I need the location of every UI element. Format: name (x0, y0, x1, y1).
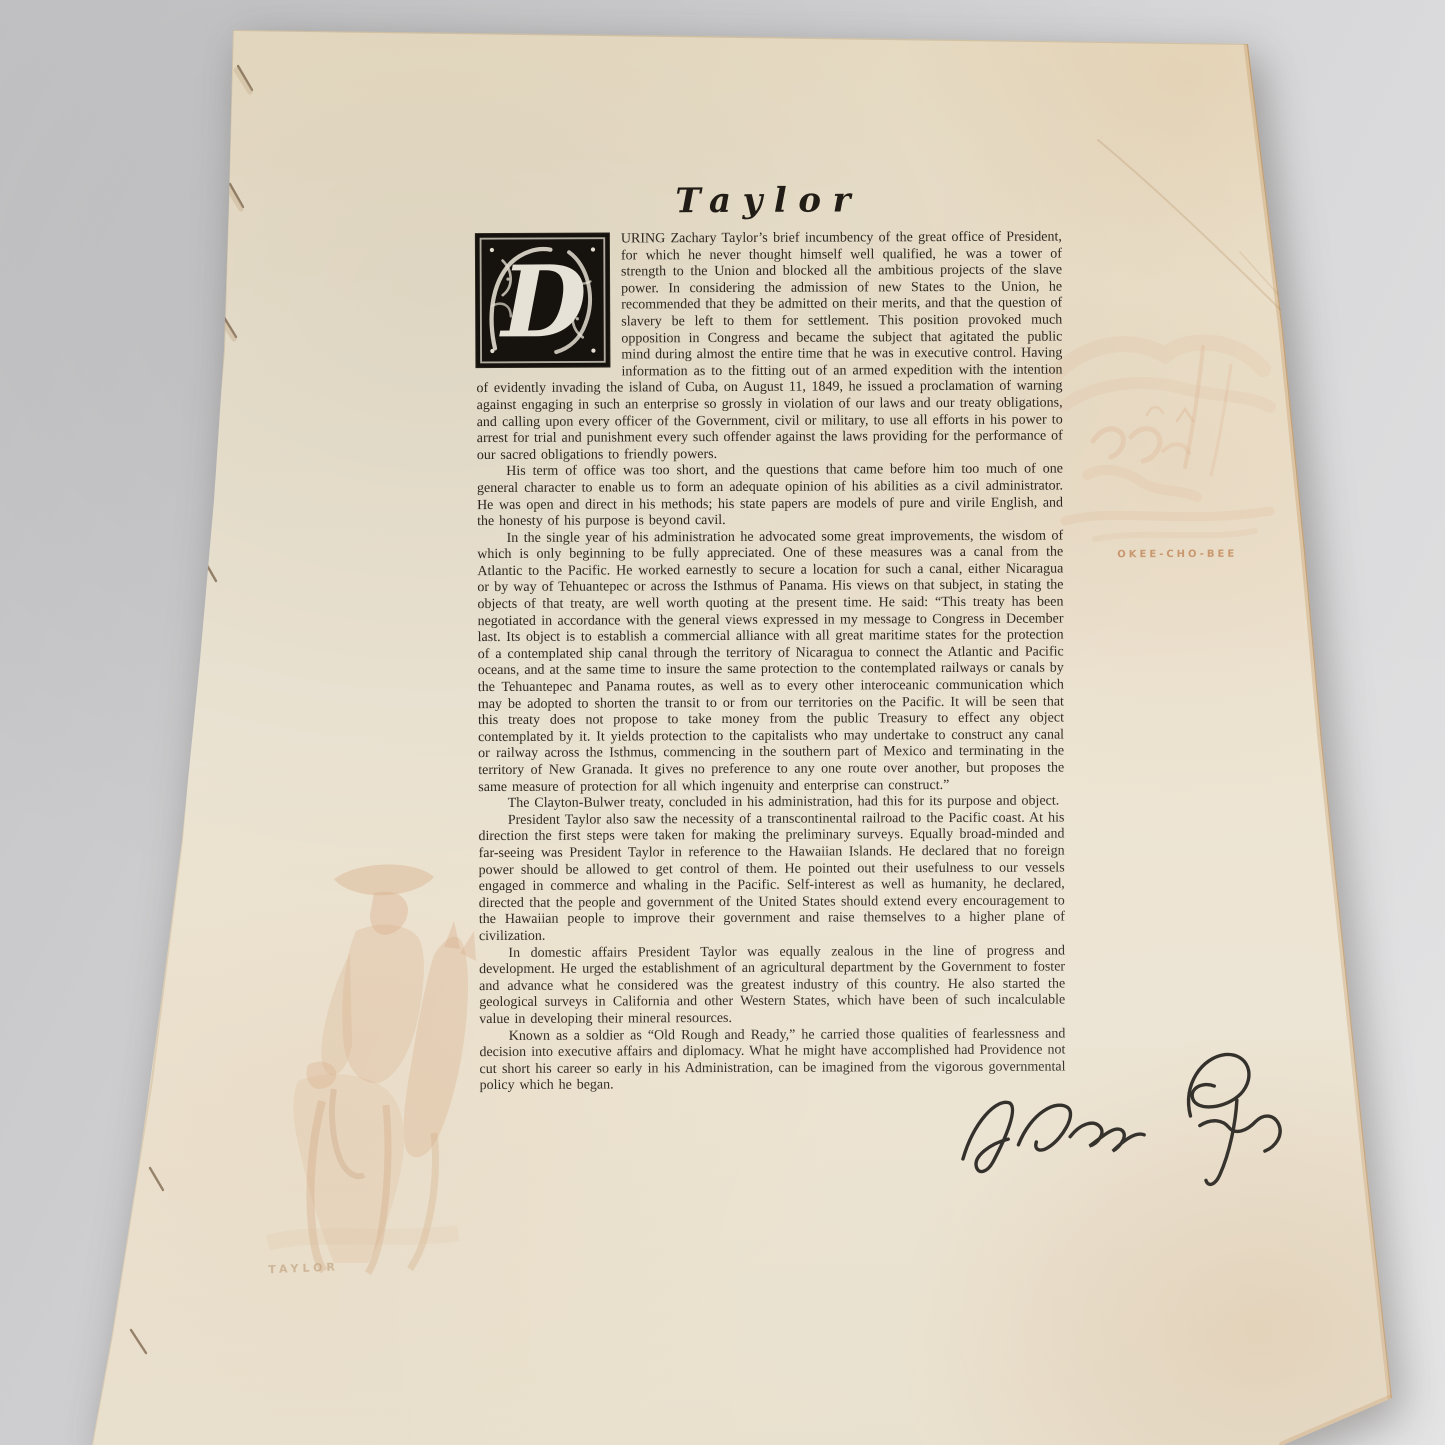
article-body: D URING Zachary Taylor’s brief incumbenc… (476, 230, 1066, 1095)
paragraph: President Taylor also saw the necessity … (478, 810, 1065, 945)
book-page: Taylor (0, 0, 1445, 1445)
photo-of-book-page: Taylor (0, 0, 1445, 1445)
page-title: Taylor (476, 180, 1062, 223)
signature-h-clay-evans (945, 1033, 1323, 1217)
paragraph: D URING Zachary Taylor’s brief incumbenc… (476, 230, 1063, 465)
paragraph: His term of office was too short, and th… (477, 462, 1063, 531)
illustration-caption-taylor: TAYLOR (268, 1260, 339, 1276)
illustration-caption-okeechobee: OKEE-CHO-BEE (1117, 549, 1237, 561)
ornate-dropcap-d: D (476, 233, 610, 367)
svg-text:D: D (498, 245, 587, 360)
paragraph: In the single year of his administration… (477, 528, 1064, 796)
paragraph: In domestic affairs President Taylor was… (479, 943, 1065, 1029)
